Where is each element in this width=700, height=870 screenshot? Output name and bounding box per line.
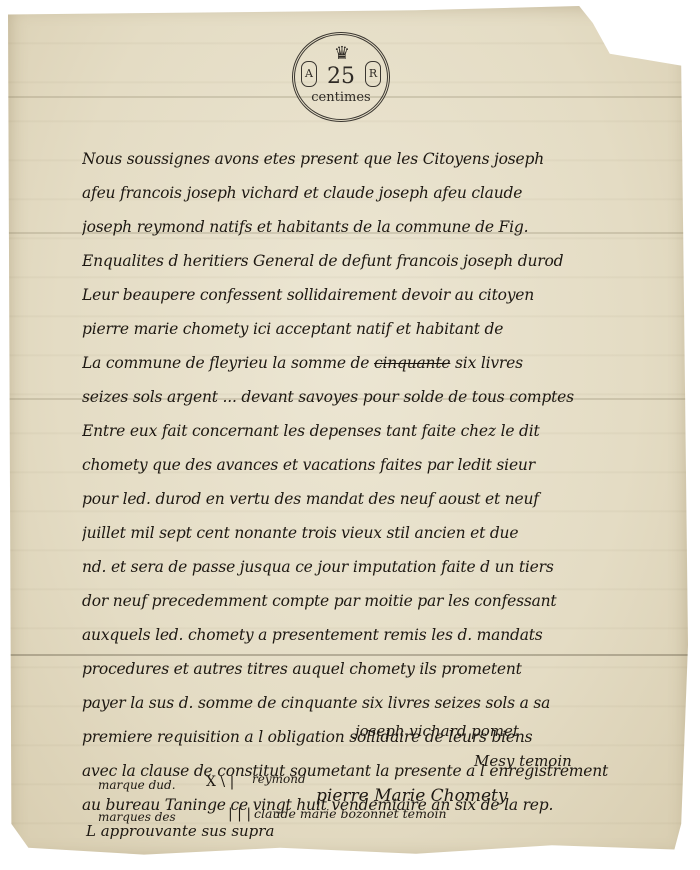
- stamp-unit: centimes: [295, 91, 387, 105]
- text-line: Enqualites d heritiers General de defunt…: [82, 244, 682, 278]
- struck-word: cinquante: [374, 354, 450, 372]
- tally-mark-icon: | | |: [228, 806, 251, 822]
- text-line: dor neuf precedemment compte par moitie …: [82, 584, 682, 618]
- text-line: afeu francois joseph vichard et claude j…: [82, 176, 682, 210]
- text-line: pierre marie chomety ici acceptant natif…: [82, 312, 682, 346]
- text-line: nd. et sera de passe jusqua ce jour impu…: [82, 550, 682, 584]
- text-line: seizes sols argent ... devant savoyes po…: [82, 380, 682, 414]
- text-line: Entre eux fait concernant les depenses t…: [82, 414, 682, 448]
- signature-vichard: joseph vichard pomet: [355, 722, 519, 740]
- mark-label-1: marque dud.: [98, 778, 176, 792]
- text-line: auxquels led. chomety a presentement rem…: [82, 618, 682, 652]
- approval-note: L approuvante sus supra: [86, 822, 274, 840]
- cross-mark-icon: X \ |: [206, 774, 234, 790]
- mark-name-reymond: reymond: [252, 772, 306, 786]
- manuscript-body: Nous soussignes avons etes present que l…: [82, 142, 682, 822]
- text-line: joseph reymond natifs et habitants de la…: [82, 210, 682, 244]
- signature-chomety: pierre Marie Chomety: [316, 786, 507, 806]
- crown-icon: ♛: [329, 45, 355, 63]
- text-line: Nous soussignes avons etes present que l…: [82, 142, 682, 176]
- tax-stamp: ♛ A R 25 centimes: [292, 32, 390, 122]
- witness-signature-bozonnet: claude marie bozonnet temoin: [254, 806, 447, 821]
- witness-signature-mesy: Mesy temoin: [474, 752, 572, 770]
- text-line: Leur beaupere confessent sollidairement …: [82, 278, 682, 312]
- stamp-value: 25: [295, 65, 387, 89]
- text-line: juillet mil sept cent nonante trois vieu…: [82, 516, 682, 550]
- text-line: pour led. durod en vertu des mandat des …: [82, 482, 682, 516]
- text-line: procedures et autres titres auquel chome…: [82, 652, 682, 686]
- text-line: chomety que des avances et vacations fai…: [82, 448, 682, 482]
- text-line: payer la sus d. somme de cinquante six l…: [82, 686, 682, 720]
- text-line: La commune de fleyrieu la somme de cinqu…: [82, 346, 682, 380]
- mark-label-2: marques des: [98, 810, 176, 824]
